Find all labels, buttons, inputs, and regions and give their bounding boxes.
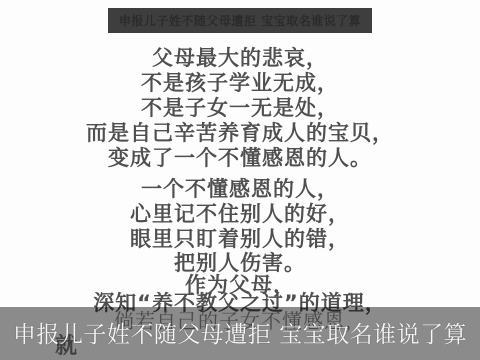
poem-line: 把别人伤害。	[0, 251, 480, 275]
poem-line: 心里记不住别人的好，	[0, 202, 480, 226]
poem-line: 不是子女一无是处，	[0, 96, 480, 120]
poem-line: 父母最大的悲哀，	[0, 46, 480, 70]
top-title-text: 申报儿子姓不随父母遭拒 宝宝取名谁说了算	[119, 12, 361, 29]
poem-line: 不是孩子学业无成，	[0, 71, 480, 95]
video-still: 申报儿子姓不随父母遭拒 宝宝取名谁说了算 父母最大的悲哀， 不是孩子学业无成， …	[0, 0, 480, 360]
poem-line: 一个不懂感恩的人，	[0, 177, 480, 201]
poem-line: 变成了一个不懂感恩的人。	[0, 146, 480, 170]
poem-line: 而是自己辛苦养育成人的宝贝，	[0, 121, 480, 145]
poem-line: 眼里只盯着别人的错，	[0, 227, 480, 251]
top-title-bar: 申报儿子姓不随父母遭拒 宝宝取名谁说了算	[108, 8, 372, 33]
video-caption: 申报儿子姓不随父母遭拒 宝宝取名谁说了算	[0, 316, 480, 349]
